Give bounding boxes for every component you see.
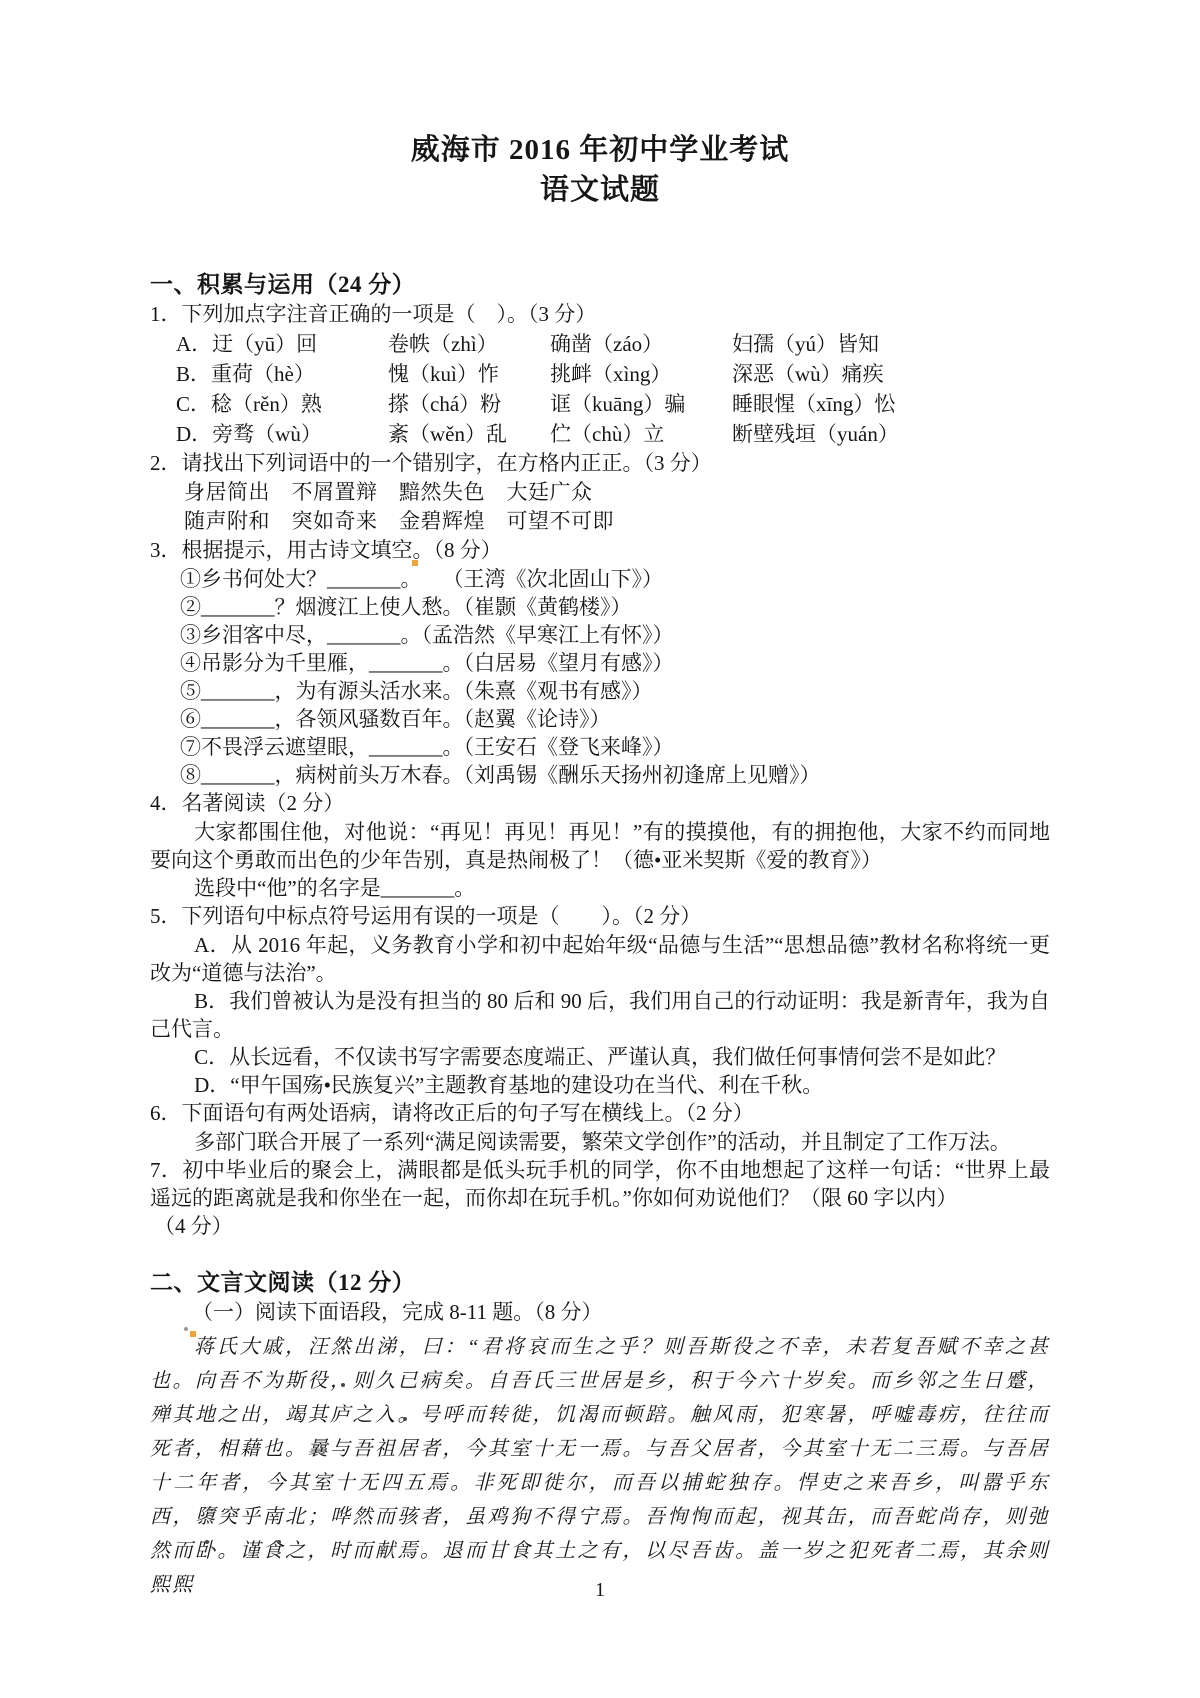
option-cell: 确凿（záo） bbox=[550, 329, 732, 359]
option-cell: 断壁残垣（yuán） bbox=[732, 419, 1050, 449]
q4-stem: 4．名著阅读（2 分） bbox=[150, 789, 1050, 818]
q4-passage: 大家都围住他，对他说：“再见！再见！再见！”有的摸摸他，有的拥抱他，大家不约而同… bbox=[150, 818, 1050, 874]
q3-fill-item: ②_______？烟渡江上使人愁。（崔颢《黄鹤楼》） bbox=[150, 593, 1050, 621]
q3-fill-item: ③乡泪客中尽，_______。（孟浩然《早寒江上有怀》） bbox=[150, 621, 1050, 649]
q1-stem: 1．下列加点字注音正确的一项是（ ）。（3 分） bbox=[150, 300, 1050, 329]
q3-fill-item: ④吊影分为千里雁，_______。（白居易《望月有感》） bbox=[150, 649, 1050, 677]
emphasis-dot bbox=[341, 1346, 345, 1350]
section1-heading: 一、积累与运用（24 分） bbox=[150, 270, 1050, 300]
option-cell: 愧（kuì）怍 bbox=[388, 359, 550, 389]
option-cell: 卷帙（zhì） bbox=[388, 329, 550, 359]
option-cell: D．旁骛（wù） bbox=[176, 419, 388, 449]
option-cell: 诓（kuāng）骗 bbox=[550, 389, 732, 419]
q3-stem: 3．根据提示，用古诗文填空。（8 分） bbox=[150, 536, 1050, 565]
option-cell: C．稔（rěn）熟 bbox=[176, 389, 388, 419]
option-cell: 搽（chá）粉 bbox=[388, 389, 550, 419]
stray-gray-dot bbox=[184, 1327, 188, 1331]
q1-option-row-c: C．稔（rěn）熟 搽（chá）粉 诓（kuāng）骗 睡眼惺（xīng）忪 bbox=[150, 389, 1050, 419]
emphasis-dot bbox=[205, 1540, 209, 1544]
q6-passage: 多部门联合开展了一系列“满足阅读需要，繁荣文学创作”的活动，并且制定了工作万法。 bbox=[150, 1128, 1050, 1156]
emphasis-dot bbox=[341, 1383, 345, 1387]
q3-fill-item: ⑦不畏浮云遮望眼，_______。（王安石《登飞来峰》） bbox=[150, 733, 1050, 761]
option-cell: 挑衅（xìng） bbox=[550, 359, 732, 389]
q7-stem: 7．初中毕业后的聚会上，满眼都是低头玩手机的同学，你不由地想起了这样一句话：“世… bbox=[150, 1156, 1050, 1212]
q3-fill-item: ⑤_______，为有源头活水来。（朱熹《观书有感》） bbox=[150, 677, 1050, 705]
page-number: 1 bbox=[0, 1579, 1200, 1602]
exam-content: 一、积累与运用（24 分） 1．下列加点字注音正确的一项是（ ）。（3 分） A… bbox=[0, 270, 1200, 1602]
q3-fill-item: ①乡书何处大？_______。 （王湾《次北固山下》） bbox=[150, 565, 1050, 593]
q5-option-a: A．从 2016 年起，义务教育小学和初中起始年级“品德与生活”“思想品德”教材… bbox=[150, 931, 1050, 987]
option-cell: B．重荷（hè） bbox=[176, 359, 388, 389]
exam-title: 威海市 2016 年初中学业考试 bbox=[0, 130, 1200, 170]
q5-option-b: B．我们曾被认为是没有担当的 80 后和 90 后，我们用自己的行动证明：我是新… bbox=[150, 987, 1050, 1043]
q3-fill-item: ⑥_______，各领风骚数百年。（赵翼《论诗》） bbox=[150, 705, 1050, 733]
q1-option-row-d: D．旁骛（wù） 紊（wěn）乱 伫（chù）立 断壁残垣（yuán） bbox=[150, 419, 1050, 449]
option-cell: 伫（chù）立 bbox=[550, 419, 732, 449]
q1-option-row-a: A．迂（yū）回 卷帙（zhì） 确凿（záo） 妇孺（yú）皆知 bbox=[150, 329, 1050, 359]
stray-orange-mark bbox=[190, 1331, 196, 1337]
q7-score: （4 分） bbox=[150, 1212, 1050, 1240]
exam-paper-page: 威海市 2016 年初中学业考试 语文试题 一、积累与运用（24 分） 1．下列… bbox=[0, 0, 1200, 1698]
exam-subtitle: 语文试题 bbox=[0, 170, 1200, 210]
q5-option-d: D．“甲午国殇•民族复兴”主题教育基地的建设功在当代、利在千秋。 bbox=[150, 1071, 1050, 1099]
q1-option-row-b: B．重荷（hè） 愧（kuì）怍 挑衅（xìng） 深恶（wù）痛疾 bbox=[150, 359, 1050, 389]
stray-orange-mark bbox=[412, 560, 418, 566]
option-cell: 睡眼惺（xīng）忪 bbox=[732, 389, 1050, 419]
q2-word-row: 身居简出 不屑置辩 黯然失色 大廷广众 bbox=[150, 478, 1050, 507]
option-cell: 紊（wěn）乱 bbox=[388, 419, 550, 449]
q5-option-c: C．从长远看，不仅读书写字需要态度端正、严谨认真，我们做任何事情何尝不是如此？ bbox=[150, 1043, 1050, 1071]
section2-subheading: （一）阅读下面语段，完成 8-11 题。（8 分） bbox=[150, 1298, 1050, 1326]
q6-stem: 6．下面语句有两处语病，请将改正后的句子写在横线上。（2 分） bbox=[150, 1099, 1050, 1128]
emphasis-dot bbox=[277, 1540, 281, 1544]
q2-stem: 2．请找出下列词语中的一个错别字，在方格内正正。（3 分） bbox=[150, 449, 1050, 478]
emphasis-dot bbox=[403, 1417, 407, 1421]
q3-fill-item: ⑧_______，病树前头万木春。（刘禹锡《酬乐天扬州初逢席上见赠》） bbox=[150, 761, 1050, 789]
q4-question: 选段中“他”的名字是_______。 bbox=[150, 874, 1050, 902]
title-block: 威海市 2016 年初中学业考试 语文试题 bbox=[0, 0, 1200, 210]
q2-word-row: 随声附和 突如奇来 金碧辉煌 可望不可即 bbox=[150, 507, 1050, 536]
option-cell: 妇孺（yú）皆知 bbox=[732, 329, 1050, 359]
section2-heading: 二、文言文阅读（12 分） bbox=[150, 1268, 1050, 1298]
q5-stem: 5．下列语句中标点符号运用有误的一项是（ ）。（2 分） bbox=[150, 902, 1050, 931]
option-cell: A．迂（yū）回 bbox=[176, 329, 388, 359]
option-cell: 深恶（wù）痛疾 bbox=[732, 359, 1050, 389]
classical-passage: 蒋氏大戚，汪然出涕，曰：“君将哀而生之乎？则吾斯役之不幸，未若复吾赋不幸之甚也。… bbox=[150, 1330, 1050, 1602]
